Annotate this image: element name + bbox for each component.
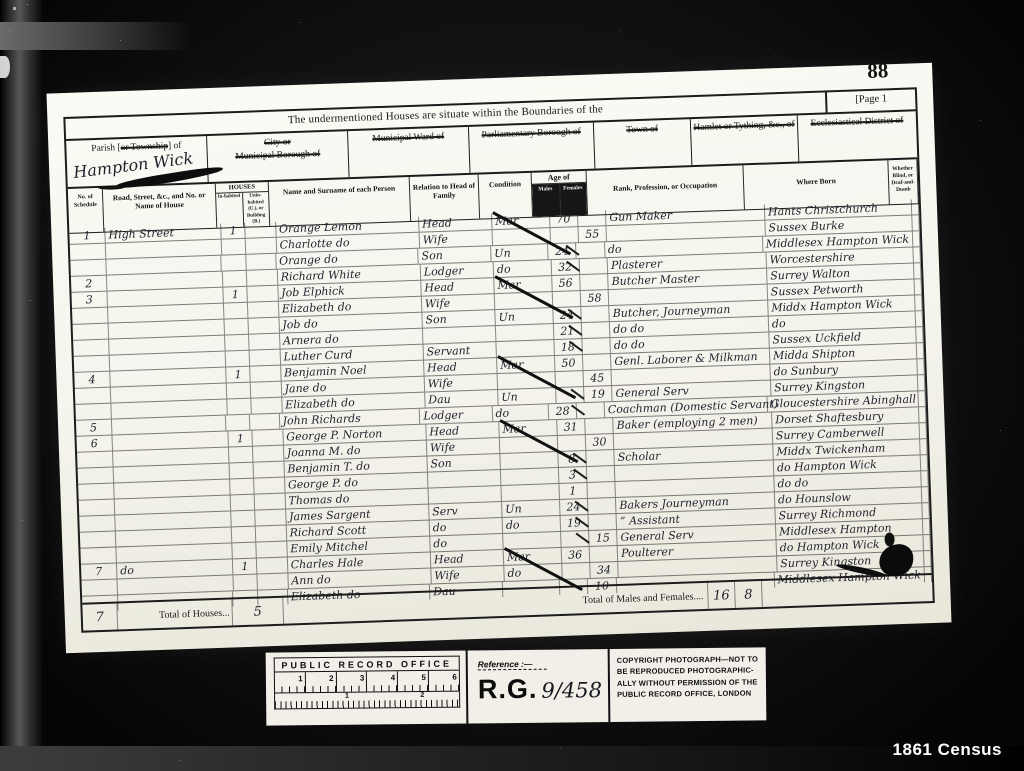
copyright-notice: COPYRIGHT PHOTOGRAPH—NOT TOBE REPRODUCED… — [608, 647, 767, 722]
cell-schedule: 4 — [74, 372, 111, 388]
inch-ruler: 123456 — [274, 670, 460, 694]
cell-relation: Servant — [423, 342, 497, 360]
cell-schedule — [77, 452, 114, 468]
cell-condition: Un — [498, 388, 556, 405]
cell-relation: Serv — [429, 502, 503, 520]
cell-age-female — [579, 258, 608, 274]
cell-inhabited: 1 — [228, 431, 253, 447]
cell-condition — [496, 340, 554, 357]
cell-age-female: 45 — [583, 370, 612, 386]
cell-condition — [503, 532, 561, 549]
cell-uninhabited — [246, 254, 277, 270]
cell-relation: Head — [421, 278, 495, 296]
cm-mark: 2 — [420, 692, 424, 699]
cell-condition: Un — [491, 244, 549, 261]
cell-uninhabited — [254, 478, 285, 494]
cell-age-male: 36 — [561, 547, 590, 563]
copyright-line: PUBLIC RECORD OFFICE, LONDON — [617, 687, 761, 700]
cell-age-male — [557, 435, 586, 451]
cell-age-female — [588, 514, 617, 530]
cell-age-male — [552, 291, 581, 307]
inch-mark: 5 — [398, 671, 429, 691]
males-total-value: 16 — [708, 582, 736, 609]
cell-inhabited — [233, 575, 258, 591]
cell-relation: Head — [426, 422, 500, 440]
cell-age-female — [576, 242, 605, 258]
cell-blind — [915, 295, 923, 310]
cell-uninhabited — [258, 573, 289, 589]
cell-uninhabited — [257, 542, 288, 558]
cell-uninhabited — [248, 302, 279, 318]
cell-uninhabited — [248, 286, 279, 302]
cell-relation — [428, 486, 502, 504]
film-band-top — [0, 22, 190, 50]
cell-schedule — [79, 499, 116, 515]
cell-blind — [921, 455, 929, 470]
cell-schedule: 3 — [71, 292, 108, 308]
cell-blind — [916, 327, 924, 342]
cell-age-male — [550, 227, 579, 243]
col-relation: Relation to Head of Family — [410, 175, 479, 202]
pro-scale: PUBLIC RECORD OFFICE 123456 12 — [266, 651, 467, 726]
town-field: Town of — [594, 119, 693, 168]
cell-relation — [423, 326, 497, 344]
cell-age-female — [581, 306, 610, 322]
cell-relation: Son — [422, 310, 496, 328]
cell-age-male: 56 — [552, 275, 581, 291]
cell-relation: Son — [418, 246, 491, 264]
cell-age-male: 50 — [555, 355, 584, 371]
cell-age-male: 31 — [557, 419, 586, 435]
cell-age-female — [582, 338, 611, 354]
cell-schedule — [73, 324, 110, 340]
cell-uninhabited — [246, 222, 277, 238]
cell-condition — [501, 468, 559, 485]
cell-relation: do — [429, 518, 503, 536]
cell-age-female — [588, 498, 617, 514]
cell-inhabited: 1 — [226, 367, 251, 383]
cell-schedule — [72, 308, 109, 324]
cell-condition: Un — [502, 500, 560, 517]
cell-schedule — [78, 484, 115, 500]
cell-schedule — [70, 244, 107, 260]
census-form: The undermentioned Houses are situate wi… — [63, 87, 934, 632]
col-born: Where Born — [743, 160, 888, 188]
cell-uninhabited — [251, 366, 282, 382]
cell-condition: do — [503, 516, 561, 533]
cell-condition — [496, 324, 554, 341]
cell-inhabited — [224, 303, 249, 319]
cell-uninhabited — [256, 526, 287, 542]
cell-age-female: 58 — [581, 290, 610, 306]
cell-blind — [915, 279, 923, 294]
cell-schedule — [82, 579, 119, 595]
cell-uninhabited — [253, 446, 284, 462]
copyright-line: BE REPRODUCED PHOTOGRAPHIC- — [617, 665, 761, 678]
cell-schedule — [80, 531, 117, 547]
cell-relation: Son — [427, 454, 501, 472]
cell-schedule: 7 — [81, 563, 118, 579]
cell-inhabited — [225, 319, 250, 335]
cell-uninhabited — [256, 510, 287, 526]
cell-schedule — [79, 515, 116, 531]
cell-relation: Wife — [431, 566, 505, 584]
cell-blind — [919, 407, 927, 422]
reference-label: Reference :— — [478, 659, 547, 671]
cell-relation: do — [430, 534, 504, 552]
cell-inhabited — [227, 399, 252, 415]
cell-schedule — [80, 547, 117, 563]
cell-schedule — [75, 404, 112, 420]
cell-blind — [913, 231, 921, 246]
cell-age-female — [586, 450, 615, 466]
cell-inhabited — [230, 463, 255, 479]
cell-uninhabited — [247, 270, 278, 286]
cell-age-female — [583, 354, 612, 370]
cell-inhabited — [231, 495, 256, 511]
houses-total-label: Total of Houses... — [117, 599, 233, 629]
cell-inhabited — [225, 335, 250, 351]
cell-relation: Dau — [425, 390, 499, 408]
cell-age-male: 70 — [550, 211, 579, 227]
cell-age-male — [562, 563, 591, 579]
cell-age-female: 15 — [589, 530, 618, 546]
cell-inhabited — [226, 351, 251, 367]
cm-mark: 1 — [345, 693, 349, 700]
cell-age-female — [587, 466, 616, 482]
city-borough-field: City or Municipal Borough of — [207, 131, 350, 182]
cell-relation: Wife — [422, 294, 496, 312]
cell-blind — [922, 503, 930, 518]
cell-uninhabited — [257, 558, 288, 574]
cell-age-male — [555, 371, 584, 387]
col-houses-group: HOUSES In-habited Unin-habited (U.), or … — [216, 182, 271, 228]
cell-age-female — [590, 546, 619, 562]
cell-relation: Head — [431, 550, 505, 568]
cell-blind — [918, 391, 926, 406]
cell-blind — [912, 199, 920, 214]
cell-schedule — [74, 356, 111, 372]
hamlet-field: Hamlet or Tything, &c., of — [691, 115, 800, 165]
cell-inhabited — [229, 447, 254, 463]
parish-field: Parish [or Township] of Hampton Wick — [66, 136, 209, 187]
cell-blind — [923, 519, 931, 534]
cm-ruler: 12 — [274, 692, 460, 710]
census-rows: 1High Street1Orange LemonHeadMar70Gun Ma… — [69, 199, 932, 604]
cell-uninhabited — [252, 398, 283, 414]
cell-age-female — [587, 482, 616, 498]
cell-uninhabited — [246, 238, 277, 254]
cell-inhabited — [223, 271, 248, 287]
cell-blind — [913, 247, 921, 262]
cell-blind — [912, 215, 920, 230]
film-scratch-mark — [0, 56, 10, 78]
inch-mark: 1 — [275, 672, 306, 692]
cell-uninhabited — [249, 334, 280, 350]
cell-inhabited — [222, 255, 247, 271]
cell-inhabited: 1 — [221, 223, 246, 239]
cell-blind — [923, 535, 931, 550]
cell-blind — [917, 343, 925, 358]
cell-blind — [924, 551, 932, 566]
cell-uninhabited — [250, 350, 281, 366]
page-label: [Page 1 — [825, 89, 916, 112]
houses-total-value: 5 — [232, 598, 284, 626]
cell-blind — [921, 471, 929, 486]
cell-blind — [920, 439, 928, 454]
cell-relation — [428, 470, 502, 488]
cell-relation: Head — [424, 358, 498, 376]
cell-condition — [500, 452, 558, 469]
dust-speckles — [0, 0, 1, 1]
inch-mark: 2 — [306, 672, 337, 692]
cell-age-female: 34 — [590, 562, 619, 578]
cell-relation: Lodger — [420, 406, 493, 424]
cell-relation: Wife — [424, 374, 498, 392]
municipal-ward-field: Municipal Ward of — [348, 127, 471, 177]
parliamentary-borough-field: Parliamentary Borough of — [469, 123, 596, 173]
col-age-group: Age of Males Females — [532, 171, 589, 217]
caption-1861-census: 1861 Census — [893, 740, 1002, 760]
cell-age-female: 55 — [578, 226, 607, 242]
cell-uninhabited — [251, 382, 282, 398]
cell-schedule: 1 — [69, 228, 106, 244]
census-page: 88 The undermentioned Houses are situate… — [46, 63, 951, 654]
reference-number: 9/458 — [541, 678, 602, 703]
col-condition: Condition — [479, 173, 532, 190]
totals-empty-cell — [762, 575, 933, 607]
cell-blind — [917, 359, 925, 374]
cell-age-female — [582, 322, 611, 338]
cell-age-female: 19 — [584, 386, 613, 402]
cell-age-female — [585, 418, 614, 434]
cell-schedule — [70, 260, 106, 276]
cell-uninhabited — [254, 462, 285, 478]
film-page-number: 88 — [867, 58, 889, 84]
cell-inhabited — [227, 383, 252, 399]
cell-blind — [916, 311, 924, 326]
cell-relation: Lodger — [421, 262, 495, 280]
cell-schedule — [78, 468, 115, 484]
cell-blind — [922, 487, 930, 502]
cell-uninhabited — [250, 414, 280, 430]
cell-age-female — [580, 274, 609, 290]
cell-inhabited: 1 — [223, 287, 248, 303]
cell-schedule: 5 — [76, 420, 112, 436]
cell-blind — [914, 263, 922, 278]
cell-inhabited — [222, 239, 247, 255]
cell-inhabited — [231, 511, 256, 527]
cell-inhabited — [226, 415, 251, 431]
schedule-total: 7 — [82, 603, 118, 630]
ecclesiastical-district-field: Ecclesiastical District of — [798, 111, 918, 161]
cell-condition: do — [494, 260, 552, 277]
cell-inhabited — [232, 527, 257, 543]
cell-condition — [501, 484, 559, 501]
cell-age-female: 30 — [586, 434, 615, 450]
reference-section: Reference :— R.G. 9/458 — [466, 649, 609, 723]
females-total-value: 8 — [735, 581, 763, 608]
film-band-bottom — [0, 746, 1024, 771]
cell-inhabited — [232, 543, 257, 559]
cell-uninhabited — [249, 318, 280, 334]
cell-relation: Wife — [419, 230, 493, 248]
cell-age-male: 1 — [559, 483, 588, 499]
col-blind: Whether Blind, or Deaf-and-Dumb — [888, 159, 917, 193]
cell-relation: Wife — [427, 438, 501, 456]
inch-mark: 6 — [429, 671, 459, 691]
cell-uninhabited — [255, 494, 286, 510]
cell-schedule: 2 — [71, 276, 108, 292]
reference-prefix: R.G. — [478, 674, 538, 706]
cell-relation: Head — [419, 214, 493, 232]
cell-uninhabited — [253, 430, 284, 446]
cell-blind — [918, 375, 926, 390]
inch-mark: 4 — [367, 671, 398, 691]
cell-schedule: 6 — [76, 436, 113, 452]
cell-inhabited: 1 — [233, 559, 258, 575]
cell-schedule — [73, 340, 110, 356]
film-edge-strip — [0, 0, 42, 771]
cell-age-female — [578, 210, 607, 226]
pro-ruler-strip: PUBLIC RECORD OFFICE 123456 12 Reference… — [266, 647, 767, 725]
col-occupation: Rank, Profession, or Occupation — [587, 165, 744, 194]
cell-schedule — [75, 388, 112, 404]
cell-blind — [920, 423, 928, 438]
cell-inhabited — [230, 479, 255, 495]
col-schedule: No. of Schedule — [68, 188, 103, 210]
inch-mark: 3 — [336, 672, 367, 692]
cell-condition: Un — [495, 308, 553, 325]
